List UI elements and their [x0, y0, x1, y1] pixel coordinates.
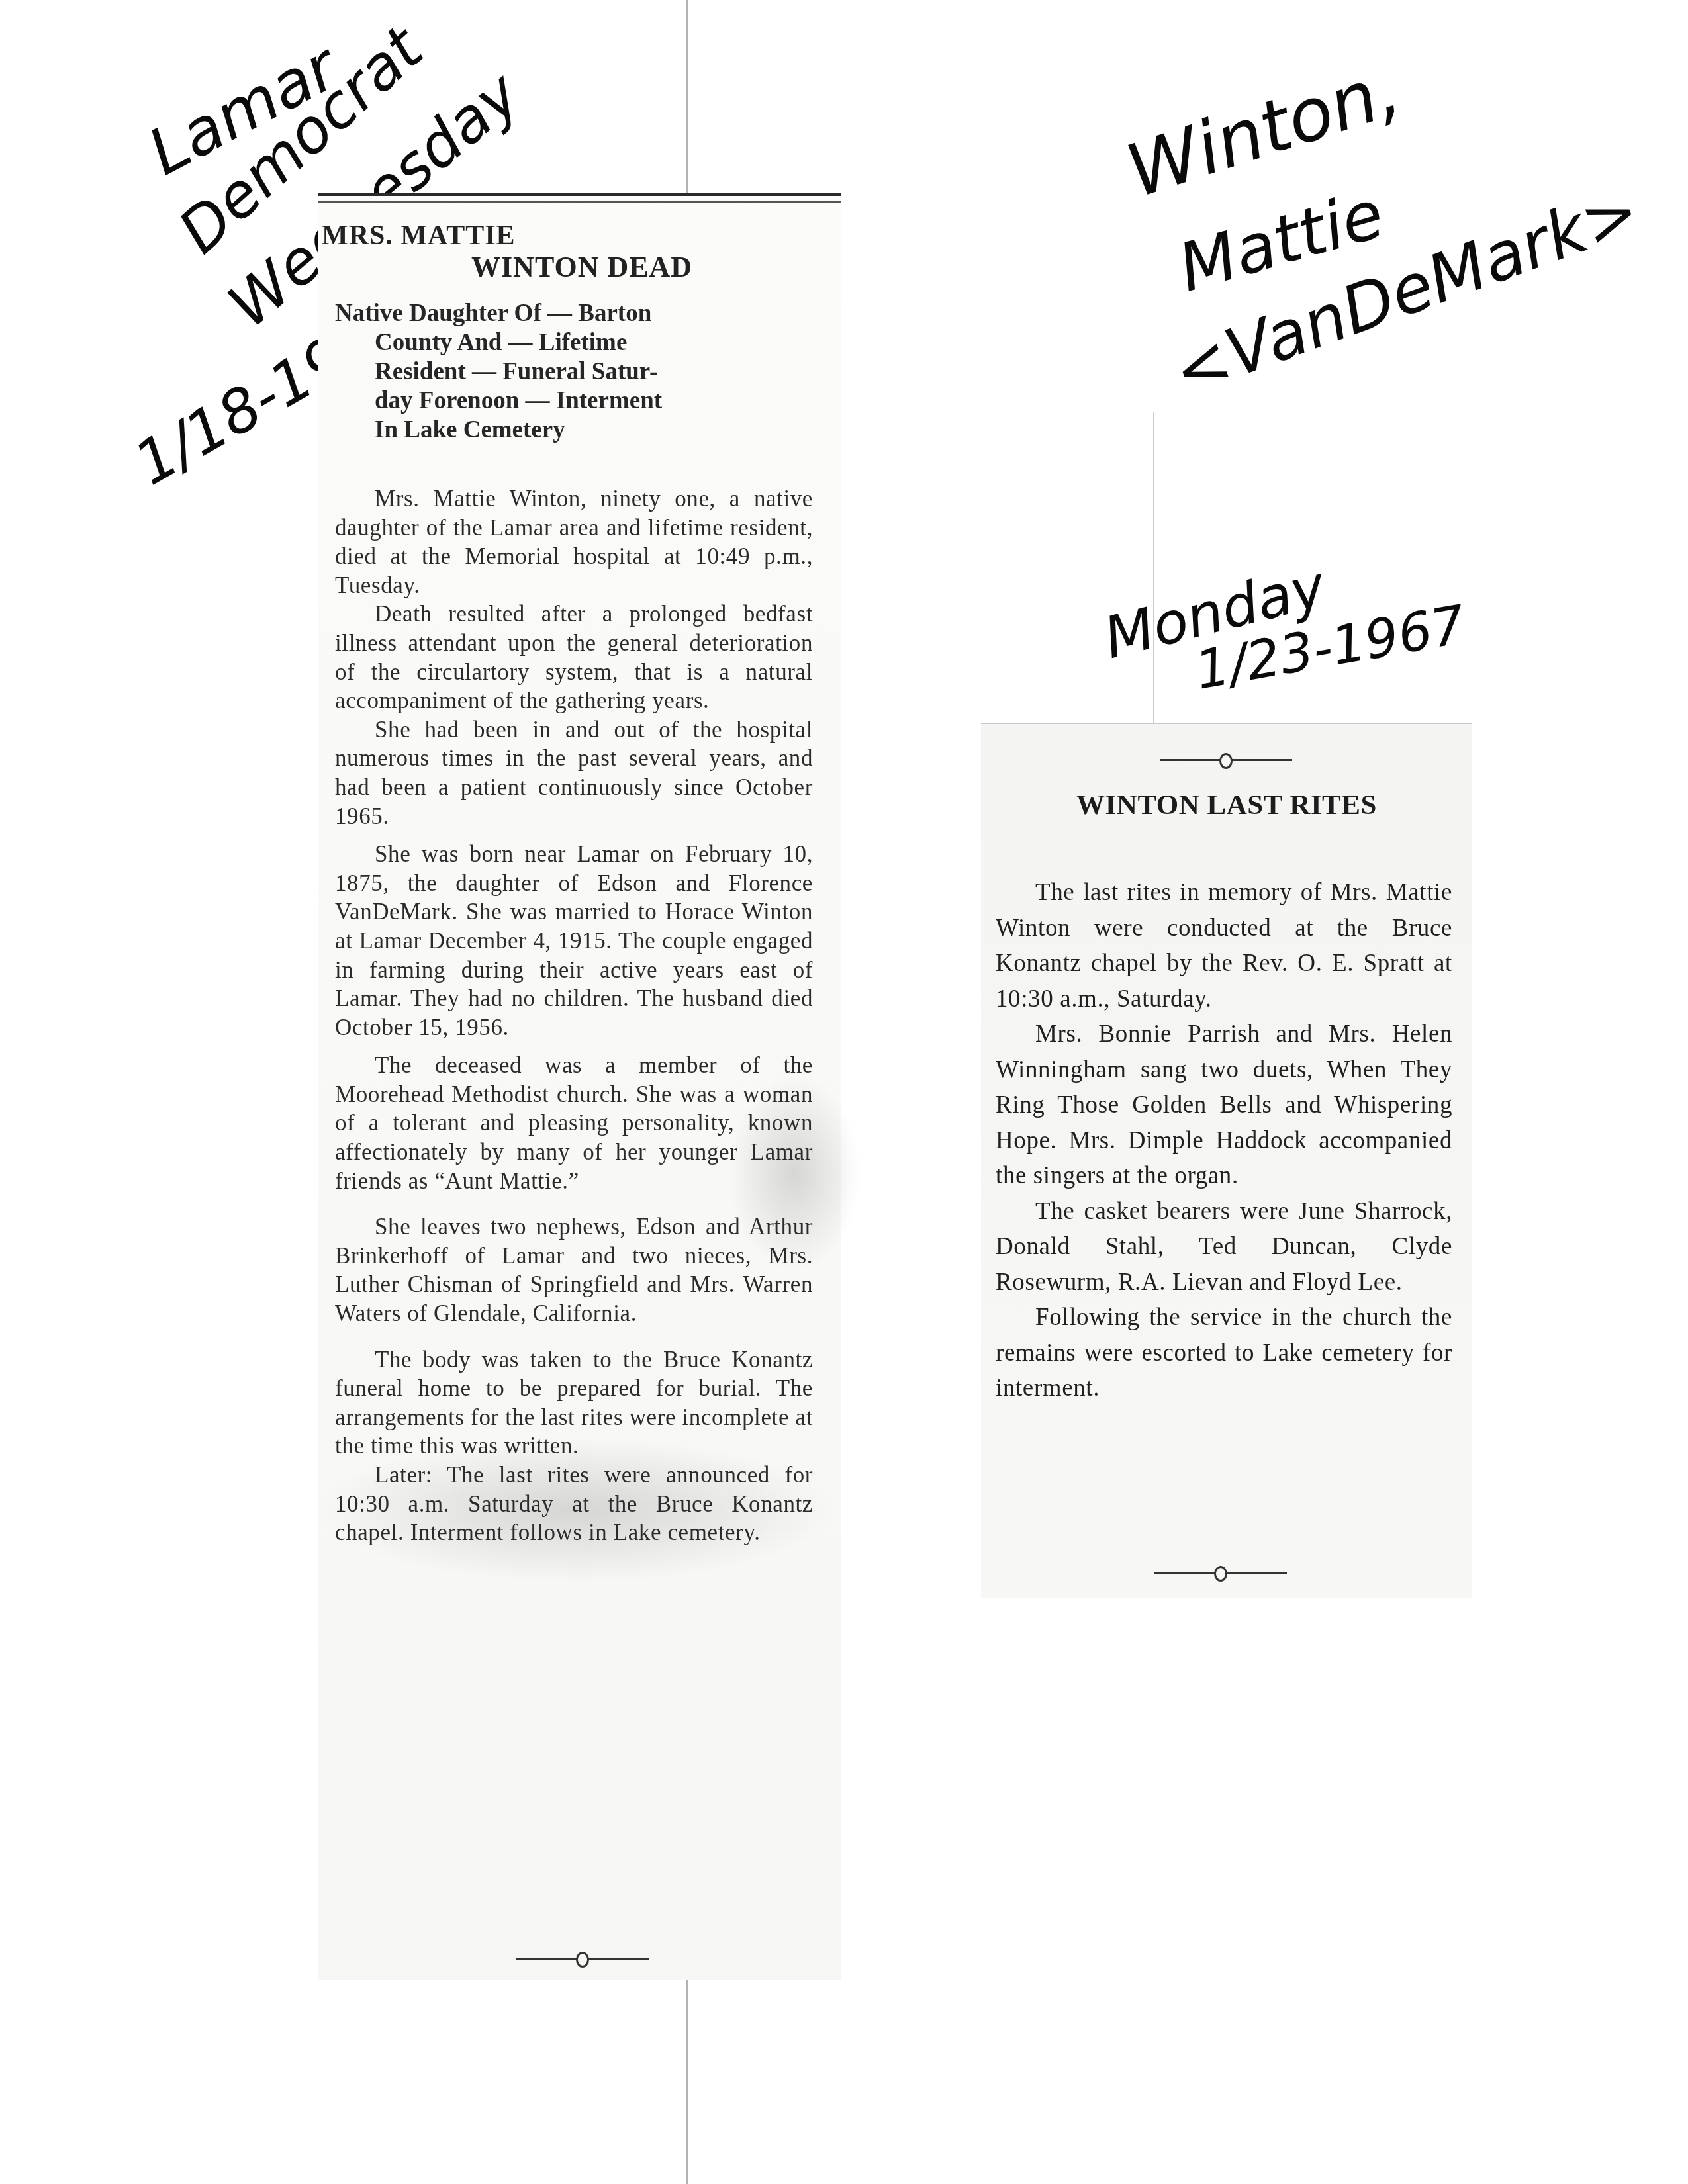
deck-line: Native Daughter Of — Barton: [335, 299, 802, 328]
obituary-headline-line2: WINTON DEAD: [471, 250, 692, 284]
deck-line: County And — Lifetime: [335, 328, 802, 357]
end-divider-ornament: [1154, 1565, 1287, 1580]
obituary-paragraph: Death resulted after a prolonged bedfast…: [335, 600, 813, 715]
obituary-clipping: MRS. MATTIE WINTON DEAD Native Daughter …: [318, 193, 841, 1980]
masthead-rule: [318, 193, 841, 203]
obituary-paragraph: Mrs. Mattie Winton, ninety one, a native…: [335, 484, 813, 600]
last-rites-paragraph: Following the service in the church the …: [996, 1300, 1452, 1406]
last-rites-headline: WINTON LAST RITES: [981, 789, 1472, 821]
obituary-subheading: Native Daughter Of — Barton County And —…: [335, 299, 802, 445]
obituary-paragraph: The deceased was a member of the Moorehe…: [335, 1051, 813, 1195]
last-rites-body: The last rites in memory of Mrs. Mattie …: [996, 875, 1452, 1406]
obituary-paragraph: The body was taken to the Bruce Konantz …: [335, 1345, 813, 1461]
deck-line: day Forenoon — Interment: [335, 387, 802, 416]
obituary-body: Mrs. Mattie Winton, ninety one, a native…: [335, 484, 813, 1547]
obituary-headline-line1: MRS. MATTIE: [322, 220, 516, 251]
obituary-paragraph: Later: The last rites were announced for…: [335, 1461, 813, 1547]
last-rites-paragraph: The last rites in memory of Mrs. Mattie …: [996, 875, 1452, 1017]
last-rites-clipping: WINTON LAST RITES The last rites in memo…: [981, 723, 1472, 1598]
obituary-paragraph: She had been in and out of the hospital …: [335, 715, 813, 831]
obituary-paragraph: She leaves two nephews, Edson and Arthur…: [335, 1212, 813, 1328]
obituary-paragraph: She was born near Lamar on February 10, …: [335, 840, 813, 1042]
top-divider-ornament: [1160, 752, 1292, 768]
end-divider-ornament: [516, 1950, 649, 1966]
last-rites-paragraph: The casket bearers were June Sharrock, D…: [996, 1194, 1452, 1300]
last-rites-paragraph: Mrs. Bonnie Parrish and Mrs. Helen Winni…: [996, 1017, 1452, 1194]
deck-line: In Lake Cemetery: [335, 416, 802, 445]
deck-line: Resident — Funeral Satur-: [335, 357, 802, 387]
